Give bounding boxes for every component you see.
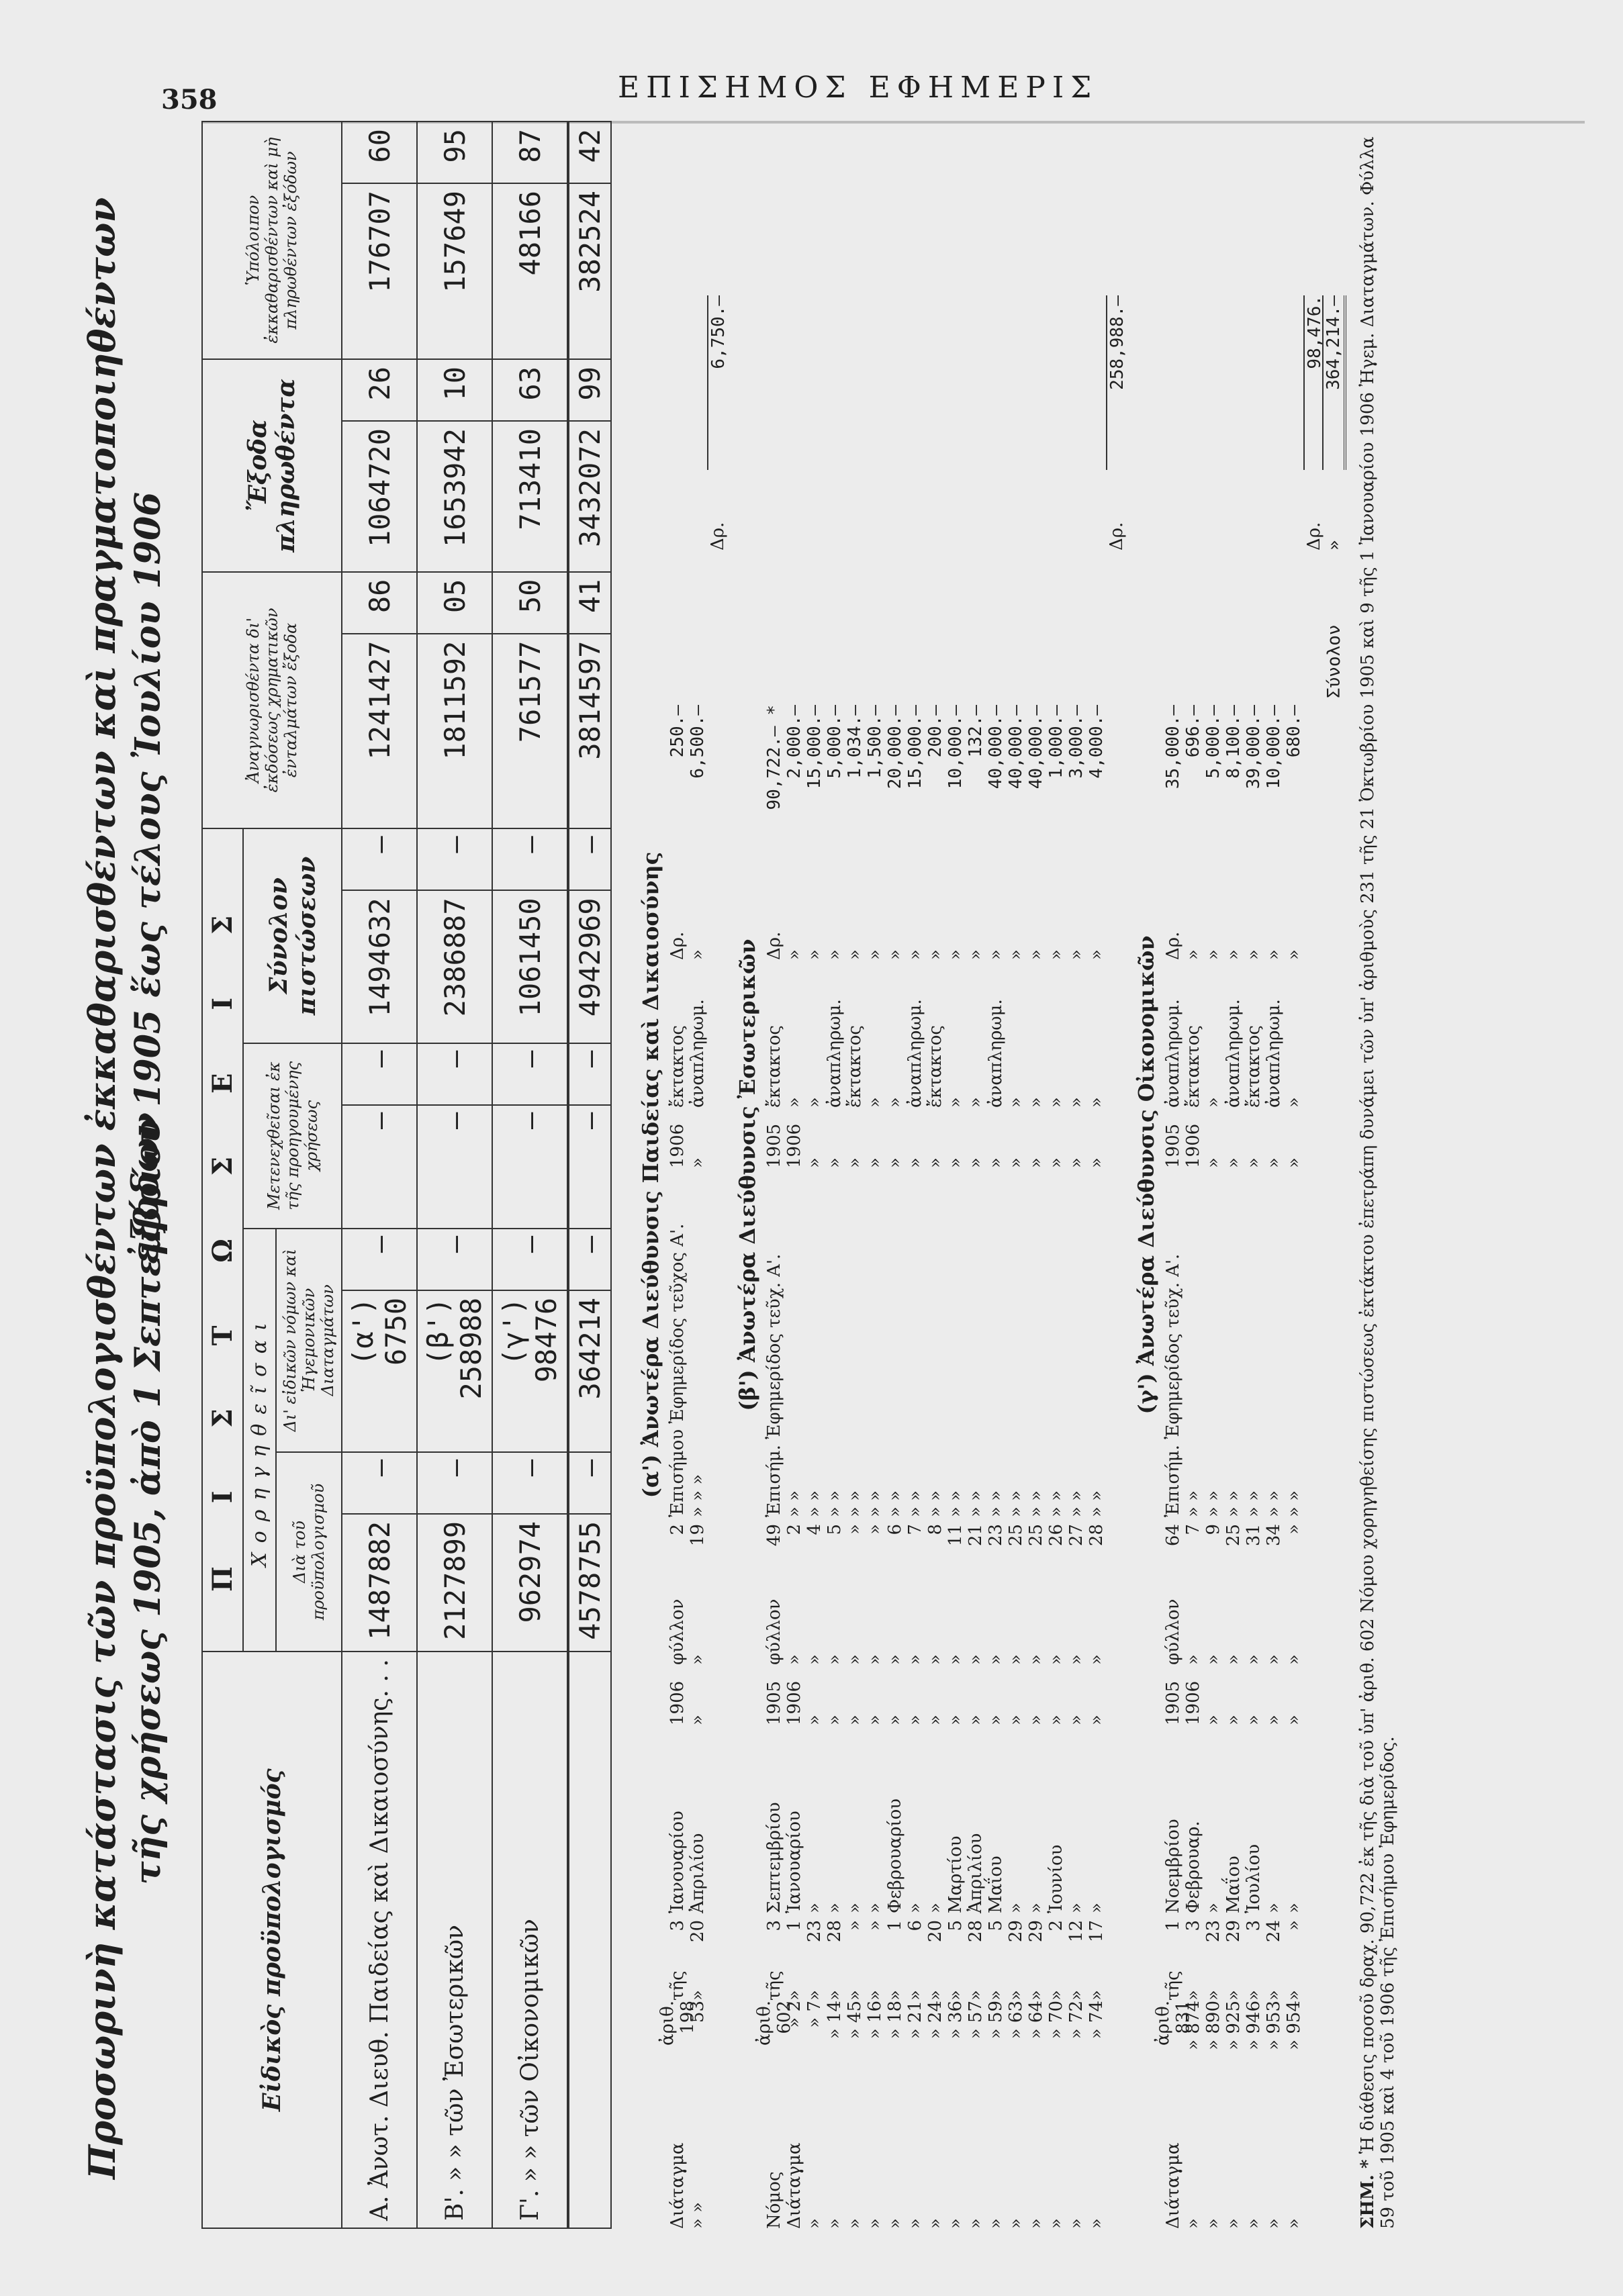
decree-type: »	[1066, 960, 1086, 1108]
decree-kind: »	[885, 2074, 905, 2229]
grand-total-currency: »	[1324, 470, 1344, 551]
decree-pyear: »	[1026, 1108, 1046, 1168]
decree-fno: 31	[1244, 1524, 1264, 1564]
decree-day: »	[865, 1920, 885, 1960]
decree-pyear: »	[1066, 1108, 1086, 1168]
decree-month: »	[1026, 1725, 1046, 1920]
decree-year: 1906	[784, 1665, 804, 1725]
decree-fno: 25	[1006, 1524, 1026, 1564]
decree-fyllon: »	[1066, 1564, 1086, 1665]
decree-pub: » »	[925, 1168, 945, 1524]
decree-fno: 26	[1046, 1524, 1066, 1564]
decree-cur: »	[1244, 879, 1264, 960]
decree-year: »	[945, 1665, 966, 1725]
decree-month: »	[925, 1725, 945, 1920]
decree-month: Ἰανουαρίου	[667, 1725, 688, 1920]
decree-fyllon: φύλλον	[1163, 1564, 1183, 1665]
grand-total-label: Σύνολον	[1324, 551, 1344, 698]
decree-pub: » »	[865, 1168, 885, 1524]
decree-day: 29	[1026, 1920, 1046, 1960]
decree-fno: 64	[1163, 1524, 1183, 1564]
decree-kind: »	[1203, 2074, 1223, 2229]
decree-pub: » »	[966, 1168, 986, 1524]
decree-type: »	[865, 960, 885, 1108]
decree-no: » 946	[1244, 2001, 1264, 2074]
decree-pub: » »	[825, 1168, 845, 1524]
decree-fno: »	[865, 1524, 885, 1564]
decree-year: »	[1264, 1665, 1284, 1725]
decree-year: 1905	[1163, 1665, 1183, 1725]
decree-type: »	[784, 960, 804, 1108]
decree-fno: »	[1284, 1524, 1304, 1564]
subtotal-currency: Δρ.	[708, 470, 728, 551]
decree-cur: »	[1046, 879, 1066, 960]
decree-fno: 2	[667, 1524, 688, 1564]
cell-recognized-dec: 50	[492, 572, 568, 634]
decree-pyear: 1906	[1183, 1108, 1203, 1168]
totals-row: 4578755 — 364214 — — — 4942969 — 3814597…	[568, 122, 611, 2228]
cell-transferred: —	[417, 1105, 492, 1229]
section-title: (α') Ἀνωτέρα Διεύθυνσις Παιδείας καὶ Δικ…	[638, 121, 663, 2229]
col-special-budget: Εἰδικὸς προϋπολογισμός	[202, 1652, 342, 2228]
decree-kind: »	[966, 2074, 986, 2229]
decree-tis: τῆς	[667, 1960, 688, 2001]
decree-amount: 8,100.—	[1223, 705, 1244, 879]
decree-amount: 15,000.—	[804, 705, 825, 879]
decree-type: »	[945, 960, 966, 1108]
col-special-laws: Δι' εἰδικῶν νόμων καὶ Ἡγεμονικῶν Διαταγμ…	[276, 1229, 342, 1452]
decree-pyear: »	[986, 1108, 1006, 1168]
decree-pyear: »	[804, 1108, 825, 1168]
decree-cur: »	[925, 879, 945, 960]
decree-year: »	[986, 1665, 1006, 1725]
decree-fyllon: »	[1264, 1564, 1284, 1665]
decree-pyear: »	[925, 1108, 945, 1168]
decree-fyllon: »	[1006, 1564, 1026, 1665]
decree-type: »	[966, 960, 986, 1108]
decree-pyear: 1905	[764, 1108, 784, 1168]
decree-type: ἔκτακτος	[1244, 960, 1264, 1108]
decree-amount: 5,000.—	[1203, 705, 1223, 879]
decree-fno: 23	[986, 1524, 1006, 1564]
decree-amount: 90,722.— *	[764, 705, 784, 879]
decree-tis: »	[804, 1960, 825, 2001]
decree-line: »» 953»24»»»34» »»ἀναπληρωμ.»10,000.—	[1264, 121, 1284, 2229]
decree-amount: 1,000.—	[1046, 705, 1066, 879]
cell-remaining-dec: 60	[342, 122, 417, 183]
decree-tis: »	[1284, 1960, 1304, 2001]
row-label: Α. Ἀνωτ. Διευθ. Παιδείας καὶ Δικαιοσύνης…	[342, 1652, 417, 2228]
decree-amount: 20,000.—	[885, 705, 905, 879]
decree-day: 28	[966, 1920, 986, 1960]
decree-kind: »	[845, 2074, 865, 2229]
decree-month: »	[1284, 1725, 1304, 1920]
decree-pyear: »	[905, 1108, 925, 1168]
decree-year: »	[1006, 1665, 1026, 1725]
decree-kind: Διάταγμα	[1163, 2074, 1183, 2229]
decree-tis: »	[1203, 1960, 1223, 2001]
decree-kind: »	[1284, 2074, 1304, 2229]
decree-pub: » »	[1203, 1168, 1223, 1524]
cell-total-dec: —	[417, 828, 492, 890]
decree-day: 20	[925, 1920, 945, 1960]
decree-amount: 6,500.—	[688, 705, 708, 879]
decree-fyllon: φύλλον	[667, 1564, 688, 1665]
col-recognized: Ἀναγνωρισθέντα δι' ἐκδόσεως χρηματικῶν ἐ…	[202, 572, 342, 829]
decree-year: »	[925, 1665, 945, 1725]
decree-year: »	[845, 1665, 865, 1725]
decree-tis: »	[1066, 1960, 1086, 2001]
decree-pub: » »	[986, 1168, 1006, 1524]
subtotal-amount: 258,988.—	[1106, 295, 1127, 470]
decree-type: ἀναπληρωμ.	[1223, 960, 1244, 1108]
decree-cur: »	[885, 879, 905, 960]
decree-pyear: »	[1086, 1108, 1107, 1168]
decree-tis: »	[825, 1960, 845, 2001]
decree-year: »	[1244, 1665, 1264, 1725]
rotated-page-content: Προσωρινὴ κατάστασις τῶν προϋπολογισθέντ…	[74, 107, 1565, 2256]
subtotal-amount: 6,750.—	[707, 295, 729, 470]
col-transferred: Μετενεχθεῖσαι ἐκ τῆς προηγουμένης χρήσεω…	[243, 1043, 342, 1229]
cell-recognized: 1811592	[417, 634, 492, 829]
decree-cur: »	[966, 879, 986, 960]
decree-day: 5	[986, 1920, 1006, 1960]
cell-budget-dec: —	[342, 1452, 417, 1514]
decree-cur: »	[1006, 879, 1026, 960]
decree-amount: 1,034.—	[845, 705, 865, 879]
decree-cur: »	[945, 879, 966, 960]
decree-line: »» 925»29Μαΐου»»25» »»ἀναπληρωμ.»8,100.—	[1223, 121, 1244, 2229]
decree-amount: 35,000.—	[1163, 705, 1183, 879]
grand-total: Σύνολον»364,214.—	[1324, 121, 1344, 2229]
decree-pyear: »	[845, 1108, 865, 1168]
decree-cur: »	[1284, 879, 1304, 960]
total-credits: 4942969	[568, 890, 611, 1043]
decree-line: »» 59»5Μαΐου»»23» »»ἀναπληρωμ.»40,000.—	[986, 121, 1006, 2229]
decree-type: »	[804, 960, 825, 1108]
decree-fno: 7	[905, 1524, 925, 1564]
decree-kind: »	[905, 2074, 925, 2229]
decree-pyear: »	[688, 1108, 708, 1168]
decree-tis: »	[905, 1960, 925, 2001]
decree-year: »	[865, 1665, 885, 1725]
decree-type: »	[1006, 960, 1026, 1108]
decree-no: » 45	[845, 2001, 865, 2074]
cell-budget-dec: —	[492, 1452, 568, 1514]
summary-table: Εἰδικὸς προϋπολογισμός Π Ι Σ Τ Ω Σ Ε Ι Σ…	[201, 121, 612, 2229]
decree-pyear: »	[1264, 1108, 1284, 1168]
decree-type: ἀναπληρωμ.	[1264, 960, 1284, 1108]
decree-line: »» 36»5Μαρτίου»»11» »»»»10,000.—	[945, 121, 966, 2229]
decree-tis: »	[845, 1960, 865, 2001]
decree-month: »	[905, 1725, 925, 1920]
decree-day: 28	[825, 1920, 845, 1960]
total-budget-dec: —	[568, 1452, 611, 1514]
decree-pyear: »	[1284, 1108, 1304, 1168]
decree-pub: » »	[784, 1168, 804, 1524]
decree-fyllon: »	[1284, 1564, 1304, 1665]
decree-day: 5	[945, 1920, 966, 1960]
decree-type: »	[1284, 960, 1304, 1108]
decree-cur: »	[1026, 879, 1046, 960]
decree-year: »	[1203, 1665, 1223, 1725]
decree-month: »	[1006, 1725, 1026, 1920]
decree-pub: Ἐπισήμ. Ἐφημερίδος τεῦχ. Α'.	[764, 1168, 784, 1524]
total-transferred-dec: —	[568, 1043, 611, 1105]
decree-month: »	[1264, 1725, 1284, 1920]
decree-fyllon: »	[905, 1564, 925, 1665]
col-budget: Διὰ τοῦ προϋπολογισμοῦ	[276, 1452, 342, 1652]
decree-fyllon: »	[986, 1564, 1006, 1665]
group-granted: Χορηγηθεῖσαι	[243, 1229, 276, 1652]
cell-budget: 962974	[492, 1514, 568, 1652]
decree-pyear: 1906	[667, 1108, 688, 1168]
decree-fno: 27	[1066, 1524, 1086, 1564]
decree-year: »	[1066, 1665, 1086, 1725]
decree-tis: »	[865, 1960, 885, 2001]
total-transferred: —	[568, 1105, 611, 1229]
decree-type: ἔκτακτος	[845, 960, 865, 1108]
decree-tis: »	[1264, 1960, 1284, 2001]
decree-pub: » »	[1183, 1168, 1203, 1524]
decree-fyllon: »	[1244, 1564, 1264, 1665]
table-row: Β'. » » τῶν Ἐσωτερικῶν 2127899 — (β') 25…	[417, 122, 492, 2228]
decree-pub: Ἐπισήμ. Ἐφημερίδος τεῦχ. Α'.	[1163, 1168, 1183, 1524]
decree-pyear: »	[865, 1108, 885, 1168]
decree-line: Νόμοςἀριθ. 602τῆς3Σεπτεμβρίου1905φύλλον4…	[764, 121, 784, 2229]
decree-amount: 132.—	[966, 705, 986, 879]
decree-kind: » »	[688, 2074, 708, 2229]
decree-day: 17	[1086, 1920, 1107, 1960]
decree-cur: »	[804, 879, 825, 960]
decree-year: 1906	[1183, 1665, 1203, 1725]
decree-line: »» 45»»»»»»» »»ἔκτακτος»1,034.—	[845, 121, 865, 2229]
decree-year: »	[688, 1665, 708, 1725]
decree-amount: 250.—	[667, 705, 688, 879]
total-special: 364214	[568, 1290, 611, 1452]
decree-line: »» 954»»»»»»» »»»»680.—	[1284, 121, 1304, 2229]
totals-label	[568, 1652, 611, 2228]
decree-cur: »	[845, 879, 865, 960]
decree-fno: 5	[825, 1524, 845, 1564]
decree-type: »	[1086, 960, 1107, 1108]
section-subtotal: Δρ.258,988.—	[1107, 121, 1127, 2229]
total-recognized: 3814597	[568, 634, 611, 829]
decree-amount: 15,000.—	[905, 705, 925, 879]
decree-kind: »	[925, 2074, 945, 2229]
decree-amount: 3,000.—	[1066, 705, 1086, 879]
total-credits-dec: —	[568, 828, 611, 890]
cell-budget: 2127899	[417, 1514, 492, 1652]
decree-kind: »	[1183, 2074, 1203, 2229]
decree-no: » 72	[1066, 2001, 1086, 2074]
decree-kind: »	[1066, 2074, 1086, 2229]
decree-fyllon: »	[688, 1564, 708, 1665]
decree-pub: » »	[845, 1168, 865, 1524]
decree-fno: 28	[1086, 1524, 1107, 1564]
decree-no: » 7	[804, 2001, 825, 2074]
decree-tis: »	[925, 1960, 945, 2001]
decree-year: »	[1046, 1665, 1066, 1725]
decree-day: 1	[784, 1920, 804, 1960]
decree-fno: 34	[1264, 1524, 1284, 1564]
decree-no: » 874	[1183, 2001, 1203, 2074]
cell-special-dec: —	[342, 1229, 417, 1290]
decree-tis: »	[945, 1960, 966, 2001]
decree-kind: »	[1046, 2074, 1066, 2229]
decree-tis: »	[1026, 1960, 1046, 2001]
decree-cur: »	[905, 879, 925, 960]
decree-pub: » »	[1223, 1168, 1244, 1524]
cell-remaining: 176707	[342, 183, 417, 359]
cell-special: (α') 6750	[342, 1290, 417, 1452]
decree-month: »	[1203, 1725, 1223, 1920]
decree-amount: 2,000.—	[784, 705, 804, 879]
cell-recognized-dec: 86	[342, 572, 417, 634]
decree-cur: »	[1223, 879, 1244, 960]
col-total-credits: Σύνολον πιστώσεων	[243, 828, 342, 1043]
decree-pyear: »	[1006, 1108, 1026, 1168]
decree-pyear: »	[1244, 1108, 1264, 1168]
decree-tis: τῆς	[1163, 1960, 1183, 2001]
decree-tis: τῆς	[764, 1960, 784, 2001]
section-title: (β') Ἀνωτέρα Διεύθυνσις Ἐσωτερικῶν	[735, 121, 760, 2229]
decree-line: »» 946»3Ἰουλίου»»31» »»ἔκτακτος»39,000.—	[1244, 121, 1264, 2229]
decree-kind: Διάταγμα	[667, 2074, 688, 2229]
decree-no: » 63	[1006, 2001, 1026, 2074]
decree-fyllon: »	[925, 1564, 945, 1665]
decree-pub: » »	[1086, 1168, 1107, 1524]
decree-year: »	[825, 1665, 845, 1725]
decree-fyllon: »	[1203, 1564, 1223, 1665]
cell-remaining: 157649	[417, 183, 492, 359]
decree-no: » 890	[1203, 2001, 1223, 2074]
cell-paid: 1653942	[417, 421, 492, 572]
decree-pub: » »	[1026, 1168, 1046, 1524]
decree-amount: 4,000.—	[1086, 705, 1107, 879]
decree-no: » 74	[1086, 2001, 1107, 2074]
cell-budget-dec: —	[417, 1452, 492, 1514]
total-recognized-dec: 41	[568, 572, 611, 634]
decree-fno: 7	[1183, 1524, 1203, 1564]
decree-no: » 24	[925, 2001, 945, 2074]
decree-line: Διάταγμαἀριθ. 831τῆς1Νοεμβρίου1905φύλλον…	[1163, 121, 1183, 2229]
decree-day: 2	[1046, 1920, 1066, 1960]
decree-kind: »	[865, 2074, 885, 2229]
decree-cur: »	[986, 879, 1006, 960]
table-row: Α. Ἀνωτ. Διευθ. Παιδείας καὶ Δικαιοσύνης…	[342, 122, 417, 2228]
decree-fno: 19	[688, 1524, 708, 1564]
decree-cur: »	[1264, 879, 1284, 960]
decree-amount: 40,000.—	[986, 705, 1006, 879]
decree-year: »	[1223, 1665, 1244, 1725]
decree-month: Φεβρουαρ.	[1183, 1725, 1203, 1920]
decree-type: ἔκτακτος	[1183, 960, 1203, 1108]
cell-budget: 1487882	[342, 1514, 417, 1652]
total-remaining: 382524	[568, 183, 611, 359]
decree-amount: 696.—	[1183, 705, 1203, 879]
cell-transferred-dec: —	[342, 1043, 417, 1105]
decree-cur: »	[688, 879, 708, 960]
decree-month: Φεβρουαρίου	[885, 1725, 905, 1920]
decree-tis: »	[784, 1960, 804, 2001]
decree-kind: »	[1244, 2074, 1264, 2229]
decree-month: »	[865, 1725, 885, 1920]
decree-fyllon: »	[1223, 1564, 1244, 1665]
row-label: Γ'. » » τῶν Οἰκονομικῶν	[492, 1652, 568, 2228]
decree-line: »» 64»29»»»25» »»»»40,000.—	[1026, 121, 1046, 2229]
decree-fno: 6	[885, 1524, 905, 1564]
decree-line: »» 21»6»»»7» »»ἀναπληρωμ.»15,000.—	[905, 121, 925, 2229]
decree-kind: »	[825, 2074, 845, 2229]
decree-fyllon: »	[1026, 1564, 1046, 1665]
decree-line: »» 7»23»»»4» »»»»15,000.—	[804, 121, 825, 2229]
decree-pub: » » »	[688, 1168, 708, 1524]
gazette-title: ΕΠΙΣΗΜΟΣ ΕΦΗΜΕΡΙΣ	[618, 70, 1098, 105]
decree-amount: 39,000.—	[1244, 705, 1264, 879]
decree-month: Ἰουλίου	[1244, 1725, 1264, 1920]
decree-month: »	[804, 1725, 825, 1920]
cell-transferred-dec: —	[417, 1043, 492, 1105]
decree-month: Ἀπριλίου	[688, 1725, 708, 1920]
decree-no: » 18	[885, 2001, 905, 2074]
decree-pub: Ἐπισήμου Ἐφημερίδος τεῦχος Α'.	[667, 1168, 688, 1524]
decree-tis: »	[1223, 1960, 1244, 2001]
decree-pub: » »	[1046, 1168, 1066, 1524]
cell-total: 2386887	[417, 890, 492, 1043]
decree-amount: 40,000.—	[1006, 705, 1026, 879]
decree-tis: »	[986, 1960, 1006, 2001]
cell-remaining-dec: 87	[492, 122, 568, 183]
decree-type: »	[1203, 960, 1223, 1108]
decree-no: » 2	[784, 2001, 804, 2074]
subtotal-currency: Δρ.	[1107, 470, 1127, 551]
decree-pyear: »	[945, 1108, 966, 1168]
decree-fyllon: »	[1046, 1564, 1066, 1665]
cell-special: (β') 258988	[417, 1290, 492, 1452]
cell-transferred-dec: —	[492, 1043, 568, 1105]
decree-cur: »	[1066, 879, 1086, 960]
footnote-text: Ἡ διάθεσις ποσοῦ δραχ. 90,722 ἐκ τῆς διὰ…	[1358, 136, 1398, 2229]
decree-pub: » »	[945, 1168, 966, 1524]
decree-day: 3	[1244, 1920, 1264, 1960]
decree-day: »	[1284, 1920, 1304, 1960]
decree-no: » 14	[825, 2001, 845, 2074]
decree-month: Σεπτεμβρίου	[764, 1725, 784, 1920]
decree-no: » 953	[1264, 2001, 1284, 2074]
decree-cur: »	[1183, 879, 1203, 960]
cell-paid: 713410	[492, 421, 568, 572]
decree-month: Μαΐου	[986, 1725, 1006, 1920]
decree-no: » 70	[1046, 2001, 1066, 2074]
decree-amount: 40,000.—	[1026, 705, 1046, 879]
decree-line: » »53»20Ἀπριλίου»»19» » »»ἀναπληρωμ.»6,5…	[688, 121, 708, 2229]
group-credits: Π Ι Σ Τ Ω Σ Ε Ι Σ	[202, 828, 243, 1652]
decree-kind: »	[986, 2074, 1006, 2229]
decree-amount: 1,500.—	[865, 705, 885, 879]
cell-remaining: 48166	[492, 183, 568, 359]
decree-no: » 21	[905, 2001, 925, 2074]
decree-day: 24	[1264, 1920, 1284, 1960]
decree-cur: »	[1086, 879, 1107, 960]
cell-special-dec: —	[417, 1229, 492, 1290]
cell-transferred: —	[342, 1105, 417, 1229]
decree-sections: (α') Ἀνωτέρα Διεύθυνσις Παιδείας καὶ Δικ…	[631, 121, 1398, 2229]
decree-month: »	[825, 1725, 845, 1920]
decree-fyllon: »	[945, 1564, 966, 1665]
decree-kind: Νόμος	[764, 2074, 784, 2229]
footnote-label: ΣΗΜ. *	[1358, 2160, 1378, 2229]
